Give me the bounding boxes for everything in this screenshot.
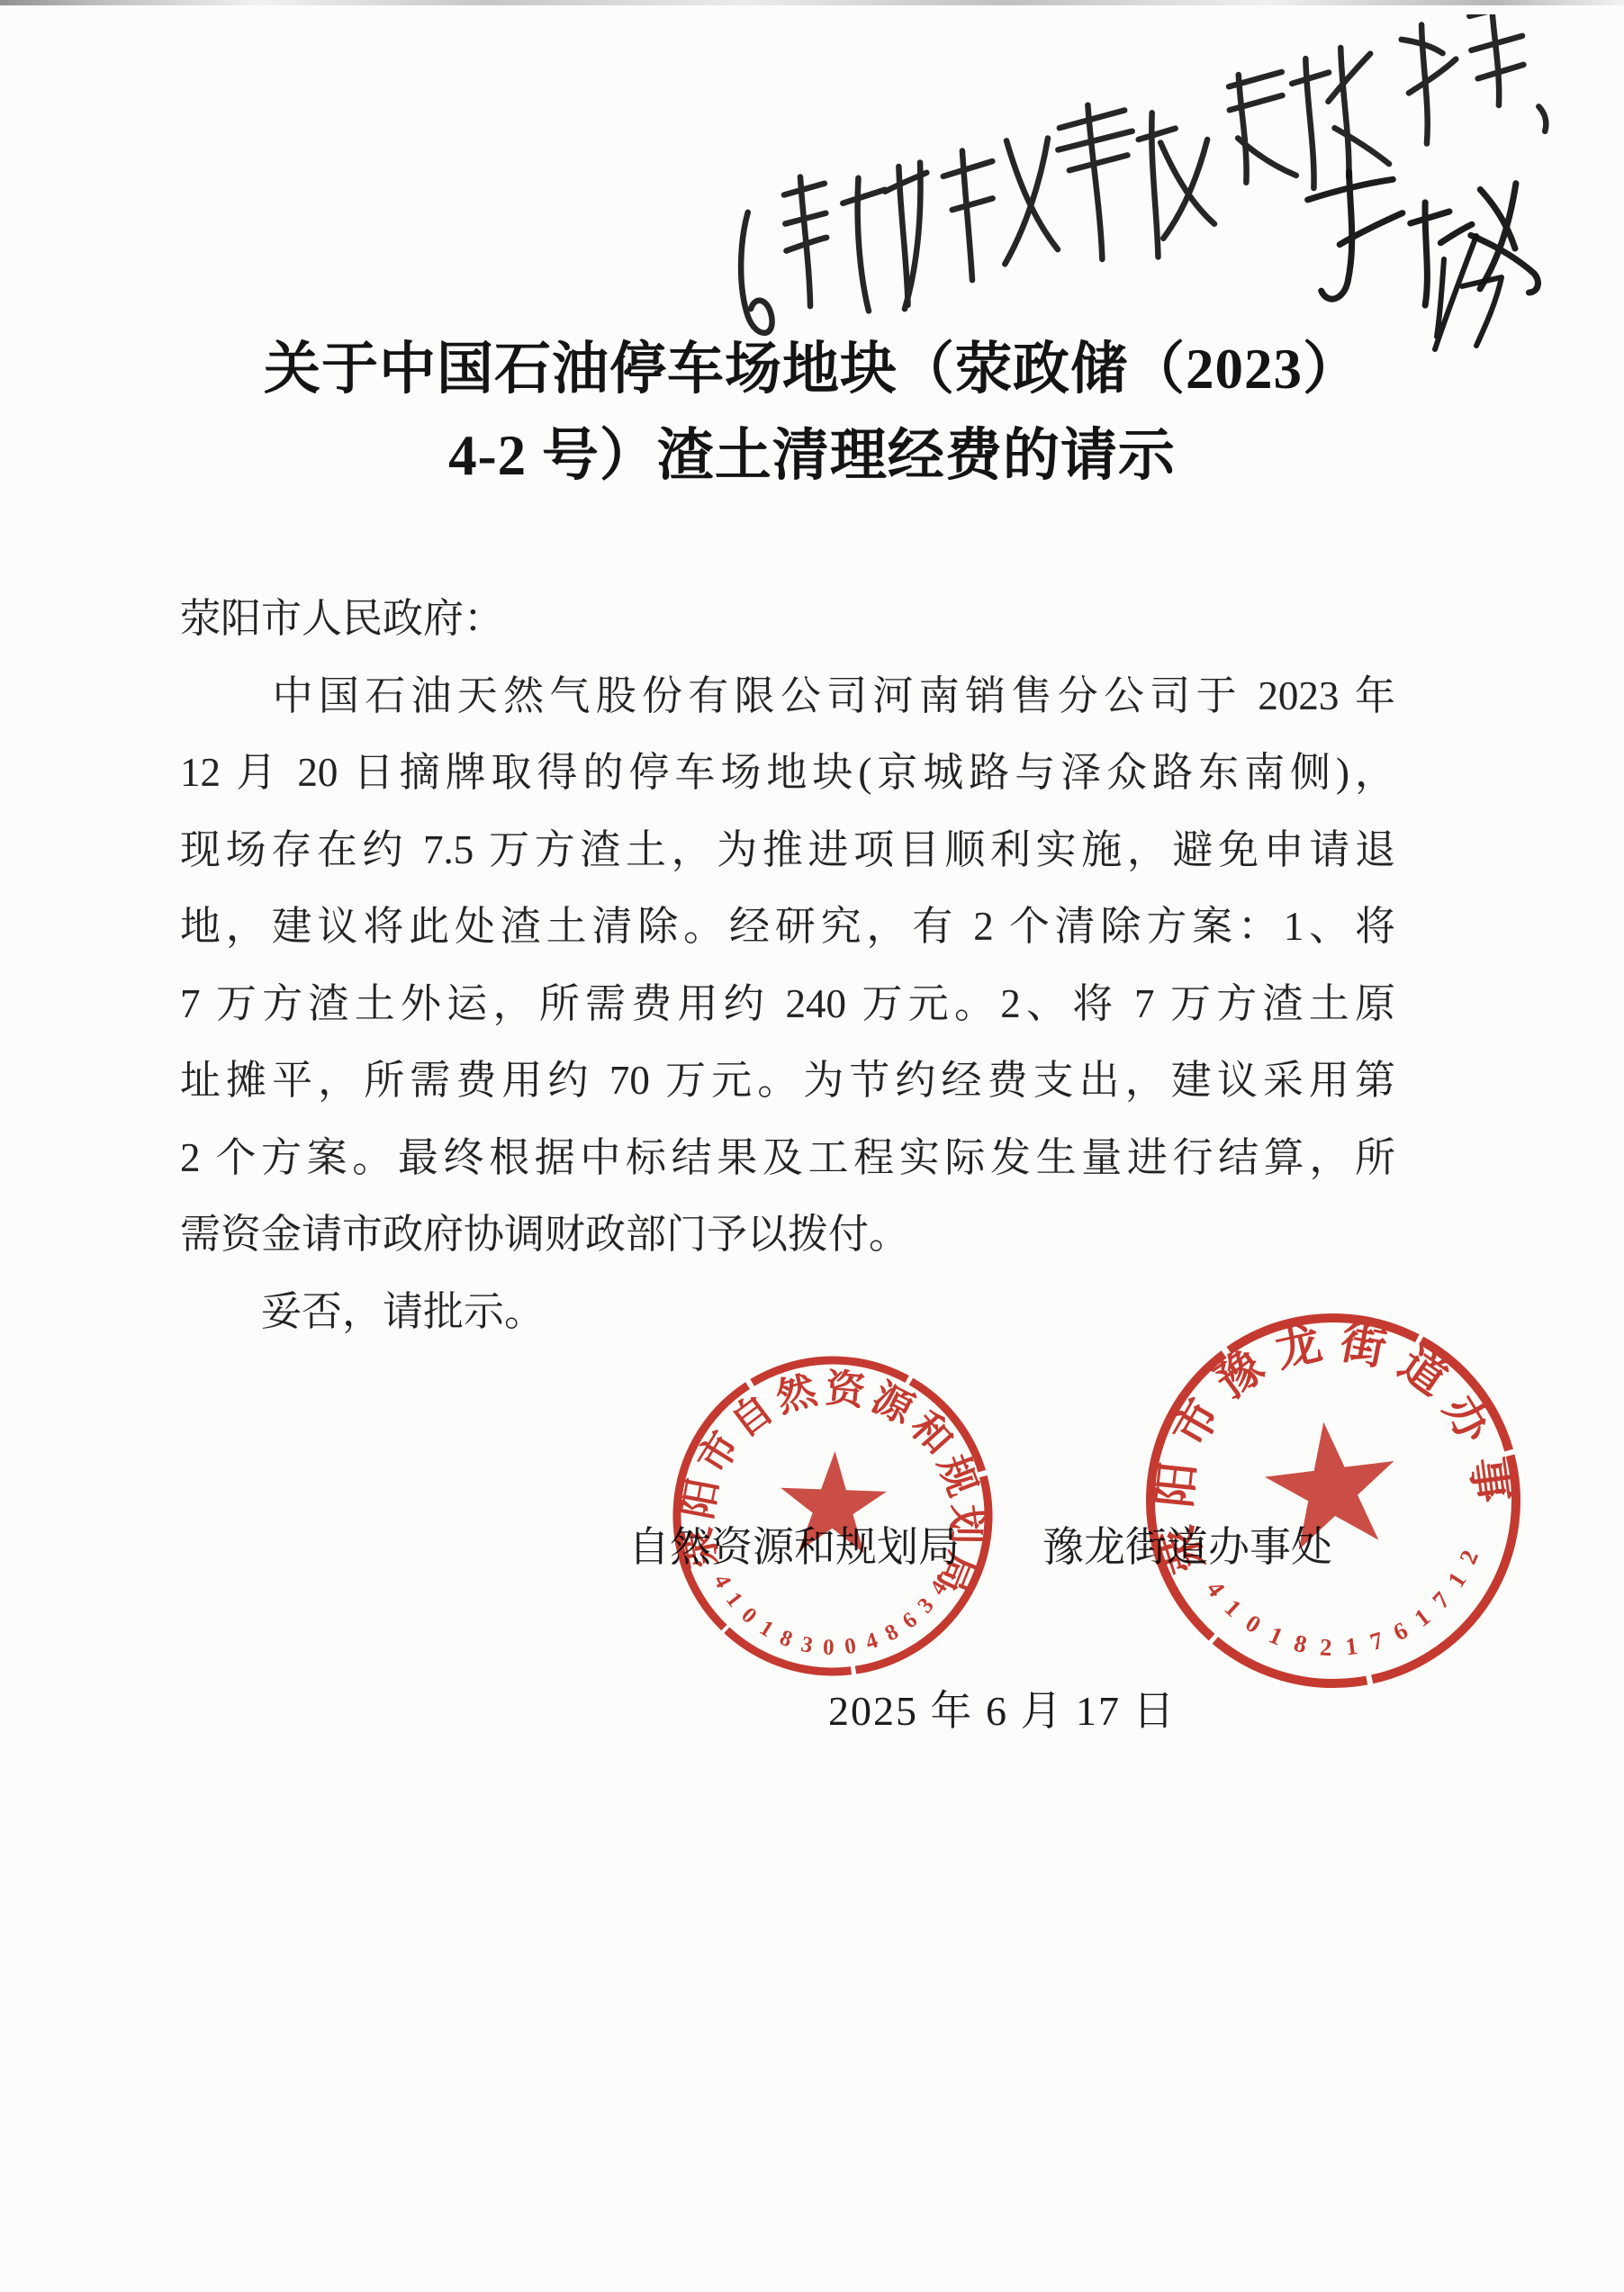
scan-edge-artifact — [0, 0, 1624, 5]
handwritten-signature — [1306, 159, 1539, 313]
body-line: 现场存在约 7.5 万方渣土，为推进项目顺利实施，避免申请退 — [180, 812, 1395, 889]
body-line: 荥阳市人民政府： — [180, 581, 1395, 658]
seal-star-icon — [1259, 1414, 1403, 1553]
right-seal-graphic: 荥阳市豫龙街道办事处 4101821761712 — [1136, 1304, 1530, 1698]
body-line: 12 月 20 日摘牌取得的停车场地块(京城路与泽众路东南侧)， — [180, 735, 1395, 812]
seal-star-icon — [779, 1449, 889, 1554]
scanned-document-page: 关于中国石油停车场地块（荥政储（2023） 4-2 号）渣土清理经费的请示 荥阳… — [0, 0, 1624, 2292]
handwritten-note — [709, 14, 1559, 360]
document-body: 荥阳市人民政府： 中国石油天然气股份有限公司河南销售分公司于 2023 年12 … — [180, 581, 1395, 1350]
body-line: 中国石油天然气股份有限公司河南销售分公司于 2023 年 — [180, 658, 1395, 735]
body-line: 地，建议将此处渣土清除。经研究，有 2 个清除方案：1、将 — [180, 889, 1395, 966]
right-official-seal: 荥阳市豫龙街道办事处 4101821761712 — [1136, 1304, 1530, 1698]
body-line: 址摊平，所需费用约 70 万元。为节约经费支出，建议采用第 — [180, 1042, 1395, 1120]
title-line-2: 4-2 号）渣土清理经费的请示 — [90, 412, 1534, 499]
handwritten-date-mark — [1435, 236, 1502, 349]
body-line: 需资金请市政府协调财政部门予以拨付。 — [180, 1196, 1395, 1274]
left-seal-graphic: 荥阳市自然资源和规划局 4101830048634 — [669, 1352, 997, 1680]
body-line: 2 个方案。最终根据中标结果及工程实际发生量进行结算，所 — [180, 1120, 1395, 1197]
date-line: 2025 年 6 月 17 日 — [828, 1678, 1177, 1737]
body-line: 7 万方渣土外运，所需费用约 240 万元。2、将 7 万方渣土原 — [180, 966, 1395, 1043]
left-official-seal: 荥阳市自然资源和规划局 4101830048634 — [669, 1352, 997, 1680]
handwriting-ink — [709, 14, 1559, 360]
